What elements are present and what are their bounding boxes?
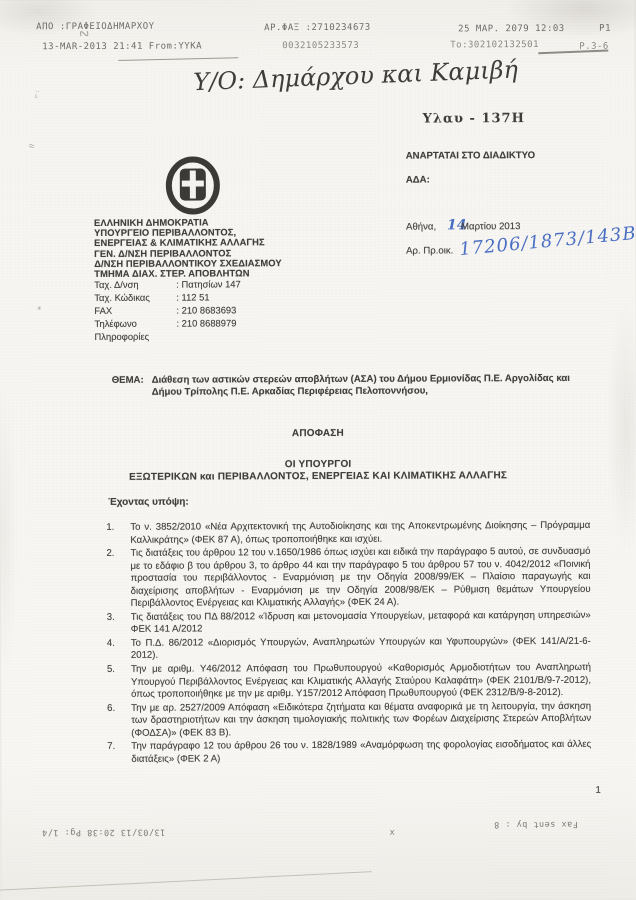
contact-block: Ταχ. Δ/νση : Πατησίων 147 Ταχ. Κώδικας :…: [94, 277, 241, 343]
item-number: 2.: [106, 548, 130, 611]
fax-from-line: ΑΠΟ :ΓΡΑΦΕΙΟΔΗΜΑΡΧΟΥ: [36, 22, 154, 33]
internet-posting-note: ΑΝΑΡΤΑΤΑΙ ΣΤΟ ΔΙΑΔΙΚΤΥΟ: [406, 150, 535, 162]
contact-label: Ταχ. Δ/νση: [94, 278, 176, 291]
scan-mark: ₁̈: [34, 89, 37, 99]
contact-row: Πληροφορίες: [94, 329, 241, 343]
fax-page-flag: P1: [599, 24, 611, 34]
preamble-label: Έχοντας υπόψη:: [108, 497, 189, 508]
list-item: 4. Το Π.Δ. 86/2012 «Διορισμός Υπουργών, …: [107, 636, 591, 663]
protocol-label: Αρ. Πρ.οικ.: [406, 245, 453, 256]
contact-value: : Πατησίων 147: [176, 277, 241, 290]
handwritten-reference: Υλαυ - 137Η: [423, 111, 525, 126]
ada-label: ΑΔΑ:: [406, 175, 430, 186]
page-number: 1: [595, 785, 600, 796]
item-text: Τις διατάξεις του ΠΔ 88/2012 «Ίδρυση και…: [131, 610, 591, 637]
list-item: 7. Την παράγραφο 12 του άρθρου 26 του ν.…: [107, 739, 591, 766]
item-number: 6.: [107, 702, 131, 740]
contact-row: Ταχ. Κώδικας : 112 51: [94, 290, 241, 304]
subject-block: ΘΕΜΑ: Διάθεση των αστικών στερεών αποβλή…: [112, 373, 592, 399]
fax-number: ΑΡ.ΦΑΞ :2710234673: [264, 23, 371, 33]
list-item: 3. Τις διατάξεις του ΠΔ 88/2012 «Ίδρυση …: [107, 610, 591, 637]
contact-value: : 112 51: [176, 290, 209, 303]
contact-row: FAX : 210 8683693: [94, 303, 241, 317]
decision-title: ΑΠΟΦΑΣΗ: [0, 427, 636, 441]
scan-smudge: [0, 381, 19, 681]
list-item: 5. Την με αριθμ. Υ46/2012 Απόφαση του Πρ…: [107, 662, 591, 702]
fax-footer-center: x: [390, 828, 396, 838]
considerations-list: 1. Το ν. 3852/2010 «Νέα Αρχιτεκτονική τη…: [106, 520, 591, 768]
item-text: Την παράγραφο 12 του άρθρου 26 του ν. 18…: [131, 739, 591, 766]
fax-timestamp: 25 ΜΑΡ. 2079 12:03: [458, 24, 565, 34]
item-number: 4.: [107, 638, 131, 663]
fax-footer-left: 13/03/13 20:38 Pg: 1/4: [42, 827, 166, 838]
scanned-fax-page: ∿ ₁̈ * ≈ ΑΠΟ :ΓΡΑΦΕΙΟΔΗΜΑΡΧΟΥ ΑΡ.ΦΑΞ :27…: [0, 0, 636, 900]
item-text: Την με αριθμ. Υ46/2012 Απόφαση του Πρωθυ…: [131, 662, 591, 702]
list-item: 6. Την με αρ. 2527/2009 Απόφαση «Ειδικότ…: [107, 700, 591, 740]
contact-label: Τηλέφωνο: [94, 317, 176, 330]
item-number: 3.: [107, 612, 131, 637]
list-item: 1. Το ν. 3852/2010 «Νέα Αρχιτεκτονική τη…: [106, 520, 590, 547]
contact-value: : 210 8688979: [176, 316, 236, 329]
contact-row: Ταχ. Δ/νση : Πατησίων 147: [94, 277, 241, 291]
contact-label: Πληροφορίες: [94, 330, 176, 343]
scan-dash: [118, 57, 238, 61]
item-number: 7.: [107, 741, 131, 766]
subject-label: ΘΕΜΑ:: [112, 375, 152, 399]
handwritten-routing-note: Υ/Ο: Δημάρχου και Καμιβή: [193, 55, 518, 96]
ministers-subheading: ΕΞΩΤΕΡΙΚΩΝ και ΠΕΡΙΒΑΛΛΟΝΤΟΣ, ΕΝΕΡΓΕΙΑΣ …: [0, 470, 636, 484]
item-number: 1.: [106, 522, 130, 547]
date-rest: Μαρτίου 2013: [461, 221, 520, 232]
fax-number-2: 0032105233573: [282, 41, 359, 51]
item-text: Τις διατάξεις του άρθρου 12 του ν.1650/1…: [130, 546, 590, 611]
emblem-icon: [165, 156, 221, 214]
hellenic-republic-emblem: [165, 156, 221, 219]
letterhead-block: ΕΛΛΗΝΙΚΗ ΔΗΜΟΚΡΑΤΙΑ ΥΠΟΥΡΓΕΙΟ ΠΕΡΙΒΑΛΛΟΝ…: [94, 217, 282, 279]
scan-dash: [538, 50, 608, 55]
scan-mark: ≈: [27, 141, 35, 153]
date-city-label: Αθήνα,: [406, 221, 436, 232]
fax-footer-right: Fax sent by : 8: [494, 819, 578, 829]
item-text: Το Π.Δ. 86/2012 «Διορισμός Υπουργών, Ανα…: [131, 636, 591, 663]
item-number: 5.: [107, 664, 131, 702]
list-item: 2. Τις διατάξεις του άρθρου 12 του ν.165…: [106, 546, 590, 611]
contact-row: Τηλέφωνο : 210 8688979: [94, 316, 241, 330]
item-text: Την με αρ. 2527/2009 Απόφαση «Ειδικότερα…: [131, 700, 591, 740]
contact-label: Ταχ. Κώδικας: [94, 291, 176, 304]
item-text: Το ν. 3852/2010 «Νέα Αρχιτεκτονική της Α…: [130, 520, 590, 547]
fax-sent-line: 13-MAR-2013 21:41 From:YYKA: [42, 42, 202, 53]
subject-text: Διάθεση των αστικών στερεών αποβλήτων (Α…: [152, 373, 592, 399]
contact-label: FAX: [94, 304, 176, 317]
scan-crease: [0, 871, 372, 891]
contact-value: : 210 8683693: [176, 303, 236, 316]
scan-mark: *: [37, 305, 41, 316]
fax-to-line: Το:302102132501: [450, 40, 539, 50]
